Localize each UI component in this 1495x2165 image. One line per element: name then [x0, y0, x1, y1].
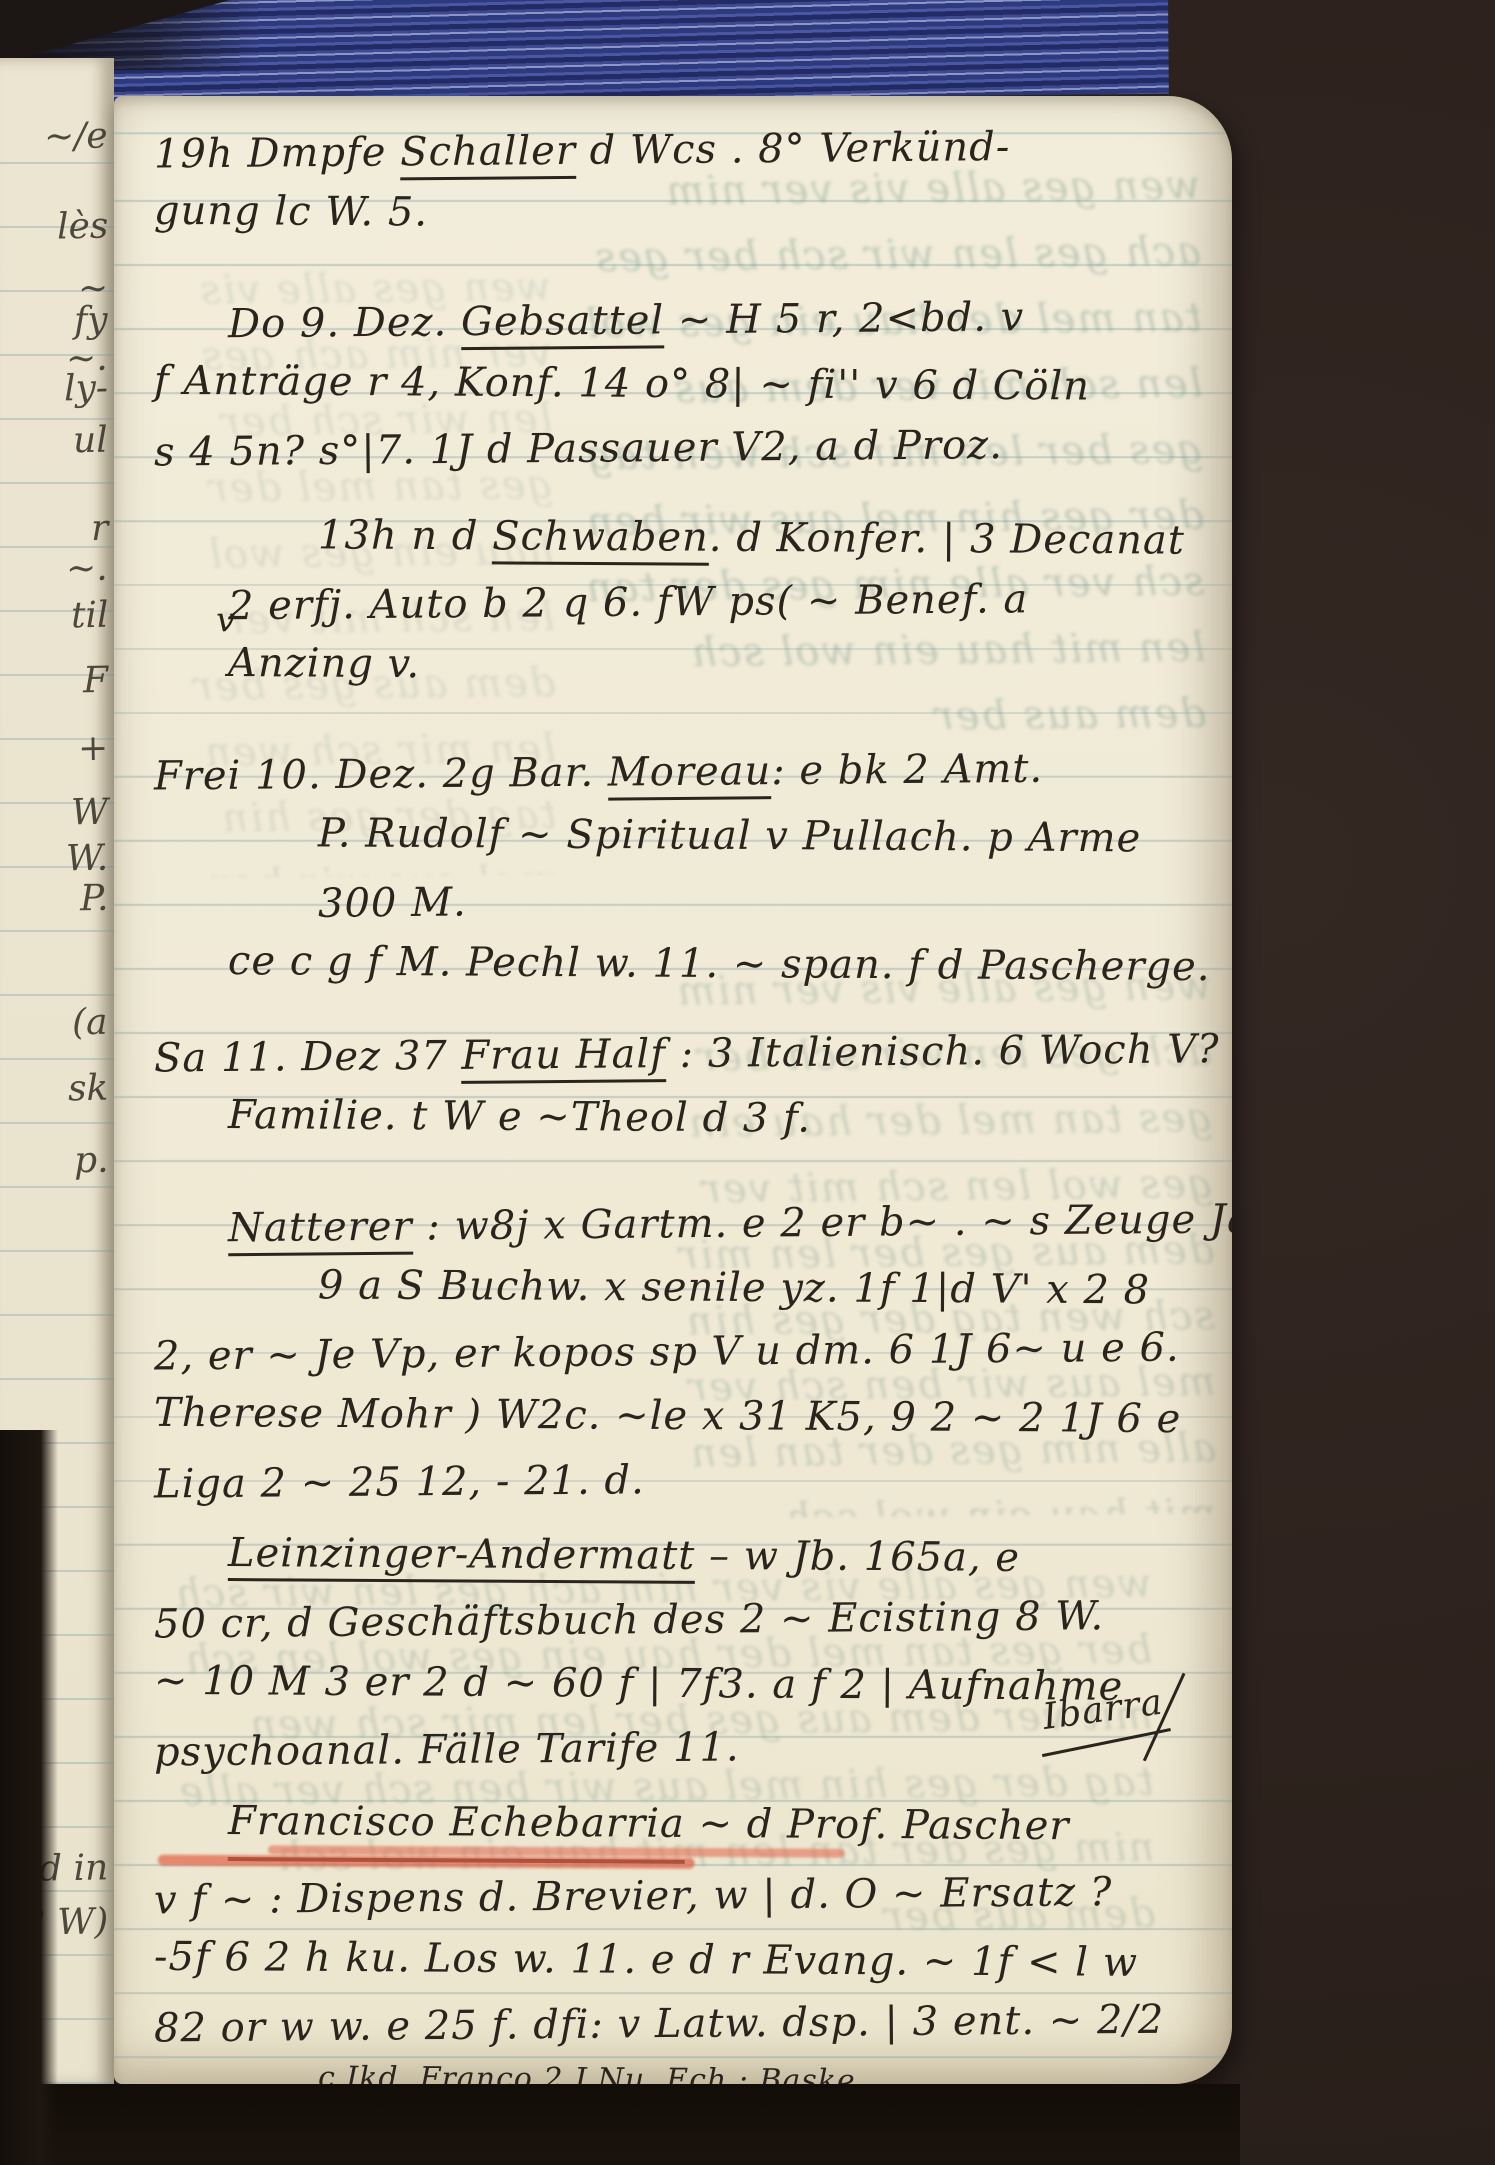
manuscript-line: Francisco Echebarria ~ d Prof. Pascher: [228, 1789, 1194, 1867]
handwriting-segment: Anzing v.: [228, 640, 420, 687]
manuscript-line: -5f 6 2 h ku. Los w. 11. e d r Evang. ~ …: [154, 1925, 1194, 1995]
facing-page-fragment: fy: [74, 300, 108, 342]
manuscript-line: Frei 10. Dez. 2g Bar. Moreau: e bk 2 Amt…: [154, 735, 1195, 808]
handwriting-segment: gung lc W. 5.: [154, 188, 428, 236]
underlined-name: Leinzinger-Andermatt: [228, 1530, 696, 1584]
manuscript-line: Do 9. Dez. Gebsattel ~ H 5 r, 2<bd. v: [228, 284, 1195, 356]
facing-page-fragment: r: [90, 508, 108, 549]
handwriting-segment: ~ H 5 r, 2<bd. v: [664, 294, 1024, 343]
manuscript-line: 2 erfj. Auto b 2 q 6. fW ps( ~ Benef. av: [228, 566, 1195, 638]
facing-page-fragment: P.: [79, 878, 108, 919]
underlined-name: Frau Half: [461, 1031, 666, 1084]
handwriting-segment: 300 M.: [318, 880, 467, 927]
manuscript-line: P. Rudolf ~ Spiritual v Pullach. p Arme: [318, 801, 1194, 870]
manuscript-line: Familie. t W e ~Theol d 3 f.: [228, 1083, 1194, 1153]
facing-page-fragment: W: [71, 792, 109, 834]
handwriting-segment: Therese Mohr ) W2c. ~le x 31 K5, 9 2 ~ 2…: [154, 1390, 1182, 1442]
handwriting-segment: Familie. t W e ~Theol d 3 f.: [228, 1092, 811, 1142]
facing-page-fragment: (a: [72, 1002, 108, 1044]
manuscript-line: ~ 10 M 3 er 2 d ~ 60 f | 7f3. a f 2 | Au…: [154, 1649, 1194, 1719]
handwriting-segment: 9 a S Buchw. x senile yz. 1f 1|d V' x 2 …: [318, 1262, 1150, 1313]
facing-page-fragment: til: [70, 595, 108, 637]
handwriting-segment: ~ d Prof. Pascher: [685, 1801, 1070, 1849]
manuscript-line: psychoanal. Fälle Tarife 11.Ibarra: [154, 1711, 1195, 1784]
handwriting-segment: d Wcs . 8° Verkünd-: [576, 124, 1011, 174]
manuscript-line: 2, er ~ Je Vp, er kopos sp V u dm. 6 1J …: [154, 1315, 1195, 1388]
handwriting-segment: Liga 2 ~ 25 12, - 21. d.: [154, 1457, 645, 1507]
manuscript-line: 19h Dmpfe Schaller d Wcs . 8° Verkünd-: [154, 113, 1195, 186]
underlined-name: Natterer: [228, 1204, 413, 1257]
manuscript-line: v f ~ : Dispens d. Brevier, w | d. O ~ E…: [154, 1859, 1195, 1932]
manuscript-line: f Anträge r 4, Konf. 14 o° 8| ~ fi'' v 6…: [154, 349, 1194, 419]
handwritten-text-block: 19h Dmpfe Schaller d Wcs . 8° Verkünd-gu…: [154, 118, 1194, 2084]
facing-page-fragment: sk: [67, 1068, 108, 1110]
facing-page-fragment: ly-: [64, 368, 109, 410]
handwriting-segment: 2, er ~ Je Vp, er kopos sp V u dm. 6 1J …: [154, 1325, 1180, 1380]
manuscript-line: 50 cr, d Geschäftsbuch des 2 ~ Ecisting …: [154, 1583, 1195, 1656]
handwriting-segment: ce c g f M. Pechl w. 11. ~ span. f d Pas…: [228, 938, 1211, 990]
handwriting-segment: -5f 6 2 h ku. Los w. 11. e d r Evang. ~ …: [154, 1934, 1138, 1986]
facing-page-fragment: F: [83, 660, 109, 701]
handwriting-segment: s 4 5n? s°|7. 1J d Passauer V2, a d Proz…: [154, 422, 1003, 475]
handwriting-segment: 19h Dmpfe: [154, 129, 401, 177]
handwriting-segment: c Ikd. Franco 2 J Nu. Ech.: Baske.: [318, 2060, 866, 2084]
scanned-notebook-photo: { "document": { "kind": "Handwritten dia…: [0, 0, 1495, 2165]
underlined-name: Gebsattel: [461, 297, 665, 350]
handwriting-segment: 13h n d: [318, 512, 492, 559]
handwriting-segment: v f ~ : Dispens d. Brevier, w | d. O ~ E…: [154, 1869, 1113, 1923]
handwriting-segment: Do 9. Dez.: [228, 299, 461, 347]
handwriting-segment: psychoanal. Fälle Tarife 11.: [154, 1724, 740, 1775]
facing-page-fragment: ~.: [66, 548, 108, 590]
handwriting-segment: 82 or w w. e 25 f. dfi: v Latw. dsp. | 3…: [154, 1997, 1165, 2052]
handwriting-segment: 2 erfj. Auto b 2 q 6. fW ps( ~ Benef. a: [228, 576, 1029, 629]
manuscript-line: Anzing v.: [228, 631, 1194, 701]
manuscript-line: c Ikd. Franco 2 J Nu. Ech.: Baske.: [318, 2053, 1194, 2084]
handwriting-segment: . d Konfer. | 3 Decanat: [709, 515, 1185, 564]
manuscript-line: Sa 11. Dez 37 Frau Half : 3 Italienisch.…: [154, 1017, 1195, 1090]
facing-page-fragment: ~/e: [44, 115, 108, 157]
handwriting-segment: – w Jb. 165a, e: [695, 1533, 1020, 1581]
handwriting-segment: : w8j x Gartm. e 2 er b~ . ~ s Zeuge Jah…: [412, 1196, 1232, 1250]
manuscript-line: s 4 5n? s°|7. 1J d Passauer V2, a d Proz…: [154, 411, 1195, 484]
facing-page-fragment: lès: [56, 206, 108, 248]
facing-page-fragment: p.: [73, 1140, 108, 1182]
facing-page-fragment: W.: [65, 838, 108, 880]
underlined-name: Moreau: [608, 748, 772, 800]
handwriting-segment: 50 cr, d Geschäftsbuch des 2 ~ Ecisting …: [154, 1593, 1104, 1647]
manuscript-line: gung lc W. 5.: [154, 179, 1194, 249]
manuscript-page: wen ges alle vis ver nim ach ges len wir…: [114, 96, 1232, 2084]
manuscript-line: Leinzinger-Andermatt – w Jb. 165a, e: [228, 1521, 1194, 1591]
book-bottom-shadow: [0, 2084, 1240, 2165]
manuscript-line: Natterer : w8j x Gartm. e 2 er b~ . ~ s …: [228, 1188, 1195, 1260]
handwriting-segment: P. Rudolf ~ Spiritual v Pullach. p Arme: [318, 810, 1141, 861]
handwriting-segment: Sa 11. Dez 37: [154, 1033, 462, 1082]
underlined-name: Francisco Echebarria: [228, 1789, 685, 1864]
handwriting-segment: ~ 10 M 3 er 2 d ~ 60 f | 7f3. a f 2 | Au…: [154, 1658, 1123, 1710]
facing-page-fragment: +: [77, 728, 108, 770]
handwriting-segment: : e bk 2 Amt.: [771, 746, 1043, 794]
manuscript-line: 300 M.: [318, 864, 1195, 936]
underlined-name: Schaller: [400, 128, 576, 181]
manuscript-line: 9 a S Buchw. x senile yz. 1f 1|d V' x 2 …: [318, 1253, 1194, 1322]
manuscript-line: Therese Mohr ) W2c. ~le x 31 K5, 9 2 ~ 2…: [154, 1381, 1194, 1451]
handwriting-segment: f Anträge r 4, Konf. 14 o° 8| ~ fi'' v 6…: [154, 358, 1090, 410]
underlined-name: Schwaben: [492, 513, 709, 565]
facing-page-fragment: ul: [73, 420, 108, 462]
handwriting-segment: : 3 Italienisch. 6 Woch V?: [666, 1026, 1220, 1077]
handwriting-segment: Frei 10. Dez. 2g Bar.: [154, 750, 608, 800]
manuscript-line: ce c g f M. Pechl w. 11. ~ span. f d Pas…: [228, 929, 1194, 999]
binding-left-edge: [0, 1430, 58, 2165]
manuscript-line: 13h n d Schwaben. d Konfer. | 3 Decanat: [318, 503, 1194, 572]
manuscript-line: Liga 2 ~ 25 12, - 21. d.: [154, 1443, 1195, 1516]
manuscript-line: 82 or w w. e 25 f. dfi: v Latw. dsp. | 3…: [154, 1987, 1195, 2060]
